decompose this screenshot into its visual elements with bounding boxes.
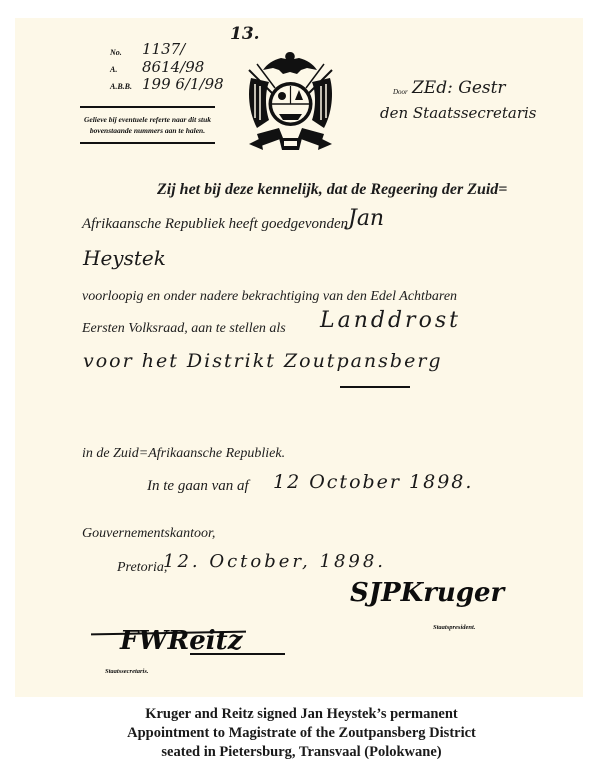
door-prefix: Door	[393, 88, 408, 96]
body-line-2: Afrikaansche Republiek heeft goedgevonde…	[82, 216, 348, 233]
coat-of-arms-icon	[243, 48, 338, 156]
ref-label-no: No.	[110, 48, 122, 57]
caption-line-1: Kruger and Reitz signed Jan Heystek’s pe…	[0, 705, 603, 724]
president-title: Staatspresident.	[433, 624, 475, 631]
ref-divider-top	[80, 106, 215, 108]
ref-label-a: A.	[110, 65, 117, 74]
caption-line-2: Appointment to Magistrate of the Zoutpan…	[0, 724, 603, 743]
signing-date: 12. October, 1898.	[163, 551, 386, 572]
notice-line-1: Gelieve bij eventuele referte naar dit s…	[84, 115, 211, 124]
appointment-district: voor het Distrikt Zoutpansberg	[83, 350, 443, 372]
document-paper: 13. No. 1137/ A. 8614/98 A.B.B. 199 6/1/…	[15, 18, 583, 697]
effective-date: 12 October 1898.	[273, 471, 473, 493]
ref-value-no: 1137/	[142, 40, 185, 58]
ref-divider-bottom	[80, 142, 215, 144]
ref-value-a: 8614/98	[142, 58, 204, 76]
office-name: Gouvernementskantoor,	[82, 526, 215, 542]
door-title: den Staatssecretaris	[380, 104, 536, 122]
image-caption: Kruger and Reitz signed Jan Heystek’s pe…	[0, 705, 603, 762]
body-line-5: Eersten Volksraad, aan te stellen als	[82, 321, 286, 337]
ref-label-abb: A.B.B.	[110, 82, 132, 91]
body-line-4: voorloopig en onder nadere bekrachtiging…	[82, 289, 457, 305]
district-underline	[340, 386, 410, 388]
ref-notice: Gelieve bij eventuele referte naar dit s…	[80, 114, 215, 136]
secretary-flourish	[190, 653, 285, 655]
body-line-1: Zij het bij deze kennelijk, dat de Regee…	[157, 181, 507, 199]
appointment-position: Landdrost	[320, 308, 461, 333]
secretary-signature: FWReitz	[120, 626, 242, 656]
appointee-surname: Heystek	[83, 246, 166, 270]
notice-line-2: bovenstaande nummers aan te halen.	[90, 126, 205, 135]
page-number: 13.	[230, 24, 260, 44]
secretary-title: Staatssecretaris.	[105, 668, 149, 675]
body-line-7: in de Zuid=Afrikaansche Republiek.	[82, 446, 285, 462]
ref-value-abb: 199 6/1/98	[142, 75, 224, 93]
door-addressee: ZEd: Gestr	[412, 78, 506, 98]
appointee-first-name: Jan	[348, 206, 384, 231]
caption-line-3: seated in Pietersburg, Transvaal (Polokw…	[0, 743, 603, 762]
body-line-8: In te gaan van af	[147, 478, 249, 495]
president-signature: SJPKruger	[350, 578, 504, 608]
city-name: Pretoria,	[117, 560, 167, 576]
